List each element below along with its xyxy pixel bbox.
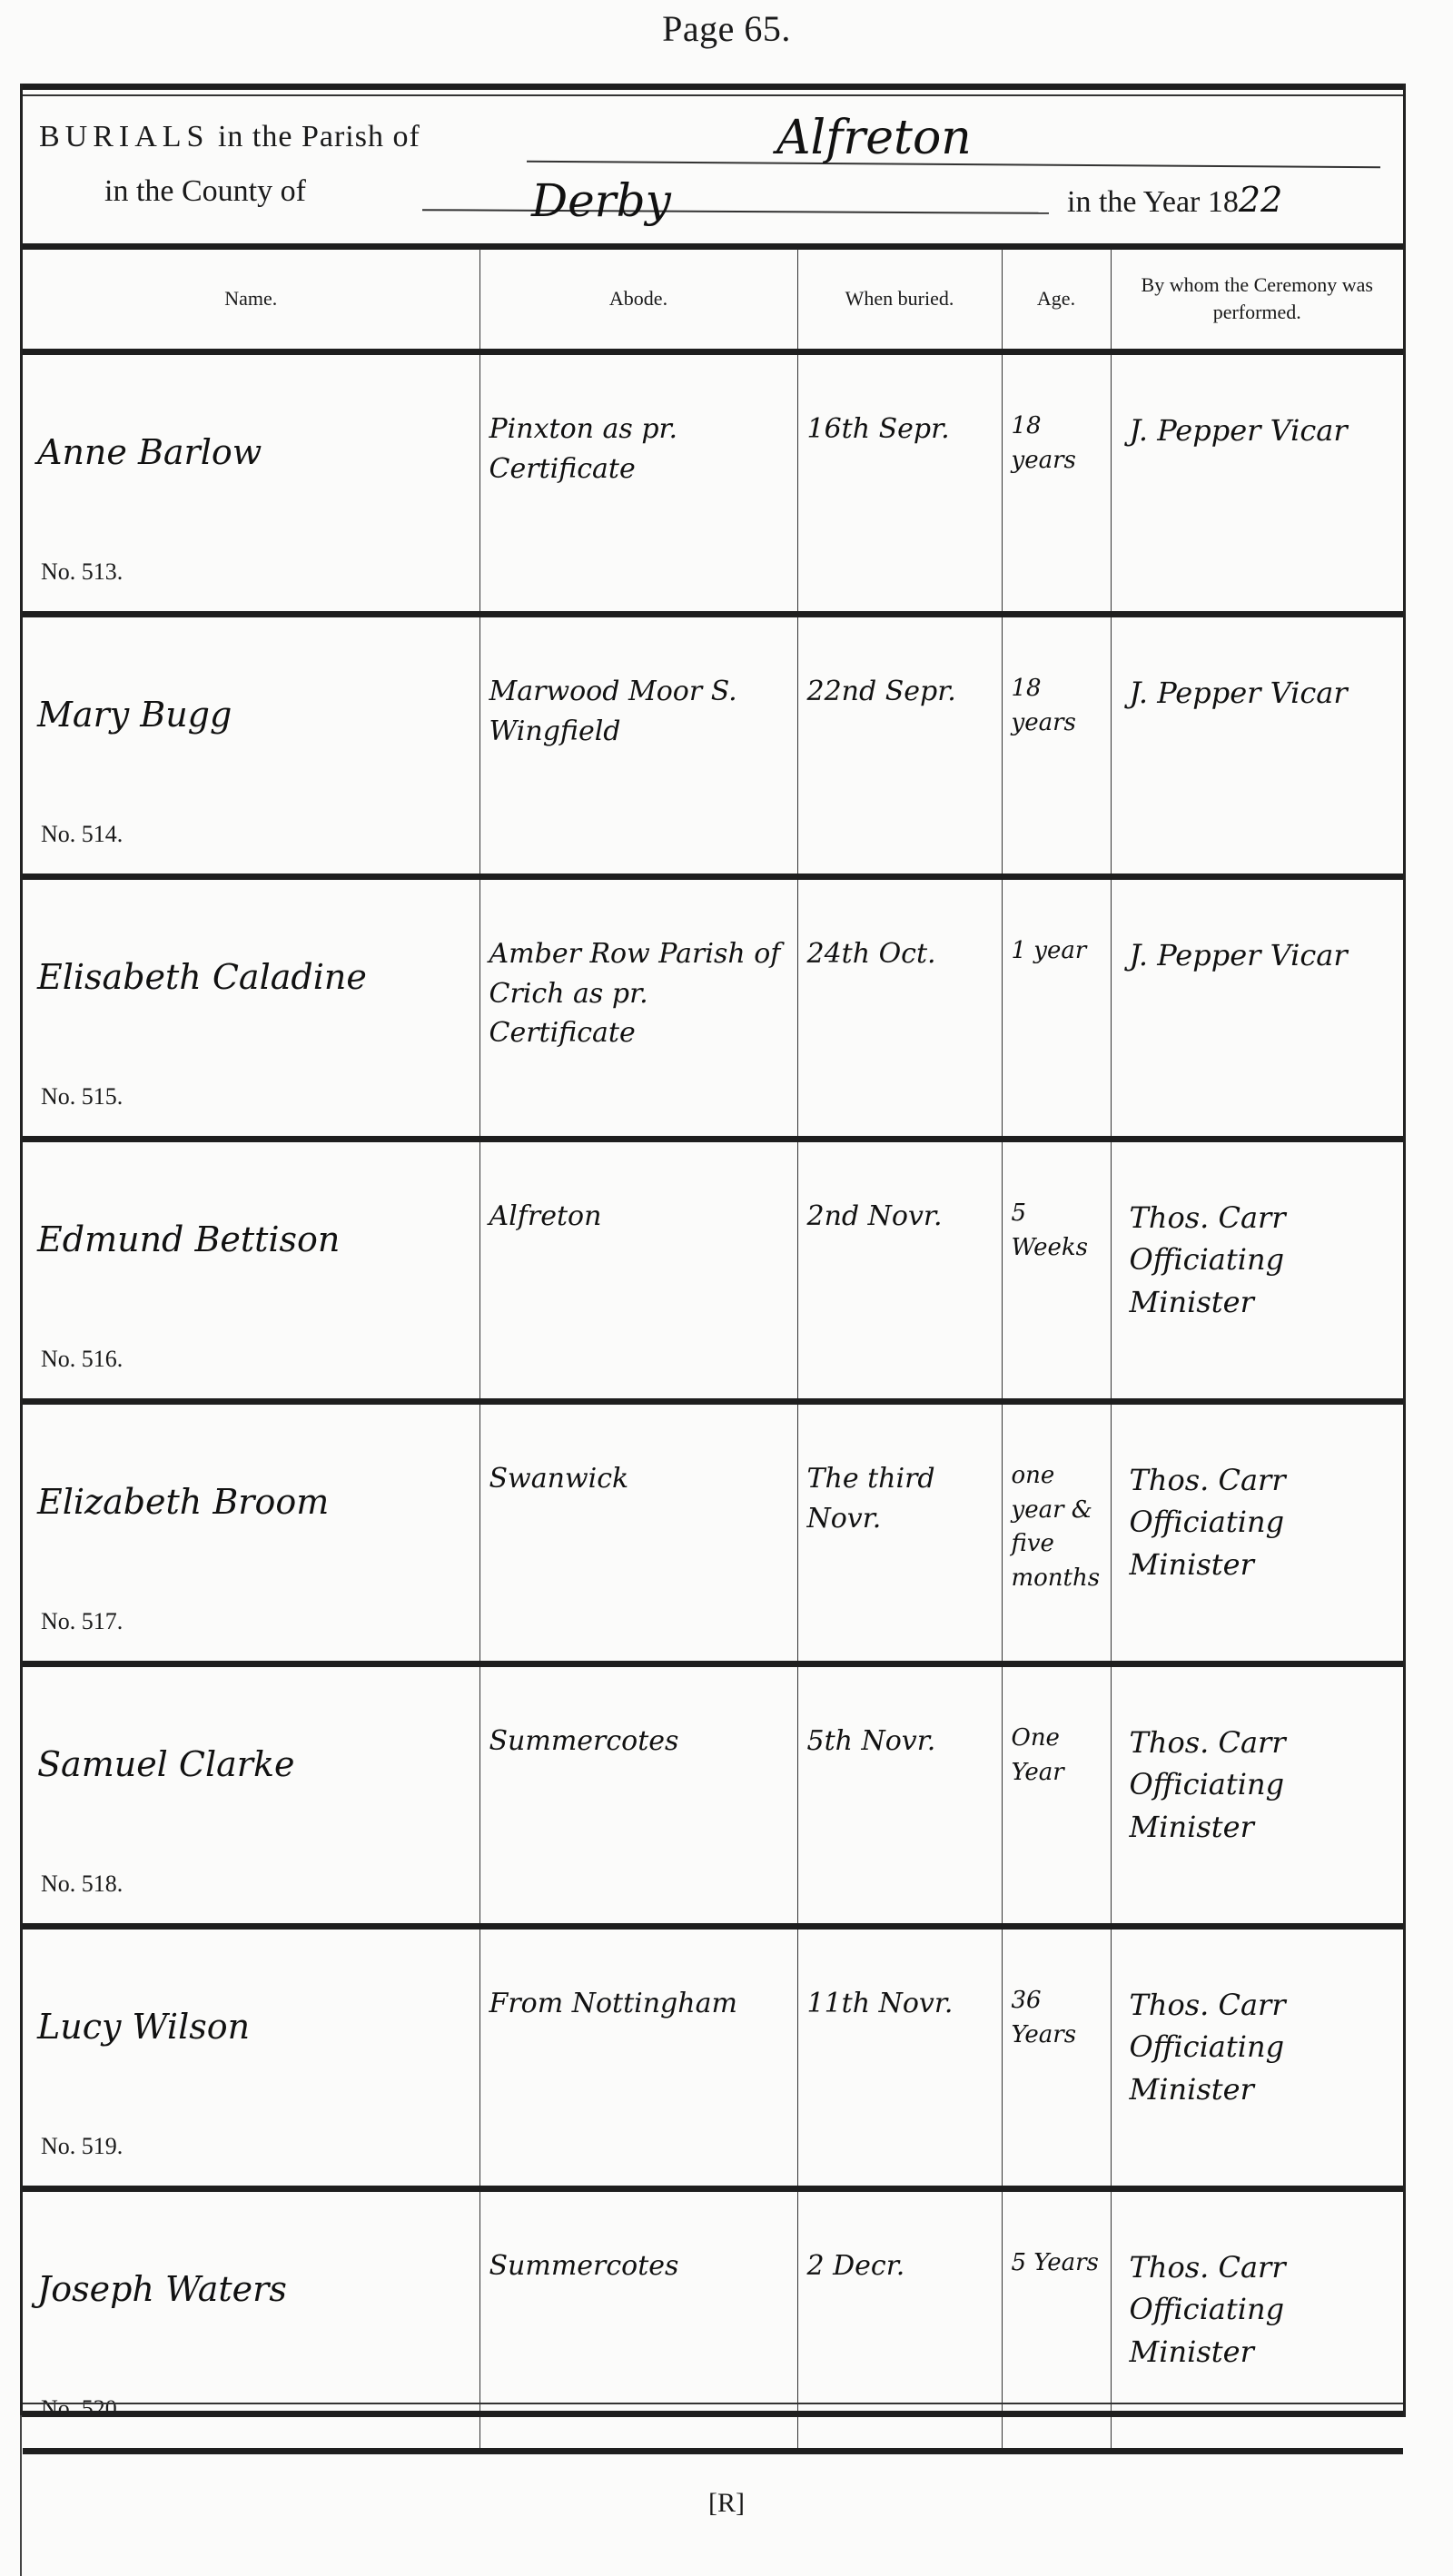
entry-abode: Summercotes	[489, 2246, 790, 2286]
abode-cell: Alfreton	[479, 1140, 797, 1402]
age-cell: 36 Years	[1002, 1927, 1111, 2189]
page-number: Page 65.	[0, 7, 1453, 50]
entry-name: Joseph Waters	[37, 2269, 287, 2309]
title-parish-label: in the Parish of	[218, 120, 420, 153]
entry-when-buried: 24th Oct.	[807, 934, 994, 974]
entry-number: No. 517.	[41, 1608, 123, 1635]
entry-by-whom: Thos. Carr Officiating Minister	[1130, 1197, 1397, 1323]
abode-cell: Pinxton as pr. Certificate	[479, 352, 797, 615]
entry-number: No. 520.	[41, 2395, 123, 2423]
abode-cell: Marwood Moor S. Wingfield	[479, 615, 797, 877]
column-header-by-whom: By whom the Ceremony was performed.	[1111, 249, 1403, 352]
entry-name: Samuel Clarke	[37, 1744, 294, 1784]
burial-register-sheet: BURIALS in the Parish of Alfreton in the…	[20, 84, 1406, 2417]
by-whom-cell: J. Pepper Vicar	[1111, 877, 1403, 1140]
bottom-border-rule	[23, 2411, 1403, 2417]
entry-when-buried: The third Novr.	[807, 1459, 994, 1538]
name-cell: Anne BarlowNo. 513.	[23, 352, 479, 615]
column-header-when-buried: When buried.	[797, 249, 1002, 352]
register-title-block: BURIALS in the Parish of Alfreton in the…	[23, 84, 1403, 247]
column-header-name: Name.	[23, 249, 479, 352]
entry-age: 1 year	[1012, 934, 1103, 969]
table-row: Elisabeth CaladineNo. 515. Amber Row Par…	[23, 877, 1403, 1140]
name-cell: Samuel ClarkeNo. 518.	[23, 1664, 479, 1927]
entry-number: No. 519.	[41, 2133, 123, 2160]
age-cell: 18 years	[1002, 352, 1111, 615]
entry-abode: Summercotes	[489, 1722, 790, 1762]
entry-name: Edmund Bettison	[37, 1219, 340, 1259]
when-buried-cell: 11th Novr.	[797, 1927, 1002, 2189]
when-buried-cell: The third Novr.	[797, 1402, 1002, 1664]
entry-number: No. 516.	[41, 1346, 123, 1373]
name-cell: Elisabeth CaladineNo. 515.	[23, 877, 479, 1140]
by-whom-cell: Thos. Carr Officiating Minister	[1111, 1140, 1403, 1402]
abode-cell: Summercotes	[479, 1664, 797, 1927]
entry-name: Elisabeth Caladine	[37, 957, 367, 997]
year-suffix: 22	[1239, 180, 1282, 220]
when-buried-cell: 22nd Sepr.	[797, 615, 1002, 877]
age-cell: 18 years	[1002, 615, 1111, 877]
column-header-abode: Abode.	[479, 249, 797, 352]
entry-number: No. 513.	[41, 558, 123, 586]
entry-by-whom: Thos. Carr Officiating Minister	[1130, 1459, 1397, 1585]
entry-age: 5 Years	[1012, 2246, 1103, 2281]
title-burials: BURIALS	[39, 120, 209, 153]
table-row: Samuel ClarkeNo. 518. Summercotes 5th No…	[23, 1664, 1403, 1927]
entry-by-whom: Thos. Carr Officiating Minister	[1130, 1722, 1397, 1848]
entry-number: No. 514.	[41, 821, 123, 848]
parish-value: Alfreton	[776, 111, 972, 165]
by-whom-cell: J. Pepper Vicar	[1111, 615, 1403, 877]
when-buried-cell: 24th Oct.	[797, 877, 1002, 1140]
entry-name: Anne Barlow	[37, 432, 262, 472]
entry-age: 5 Weeks	[1012, 1197, 1103, 1265]
year-label: in the Year 1822	[1067, 180, 1282, 220]
age-cell: one year & five months	[1002, 1402, 1111, 1664]
by-whom-cell: Thos. Carr Officiating Minister	[1111, 1402, 1403, 1664]
table-row: Lucy WilsonNo. 519. From Nottingham 11th…	[23, 1927, 1403, 2189]
age-cell: 1 year	[1002, 877, 1111, 1140]
entry-abode: Alfreton	[489, 1197, 790, 1237]
age-cell: One Year	[1002, 1664, 1111, 1927]
table-row: Anne BarlowNo. 513. Pinxton as pr. Certi…	[23, 352, 1403, 615]
table-row: Edmund BettisonNo. 516. Alfreton 2nd Nov…	[23, 1140, 1403, 1402]
when-buried-cell: 2nd Novr.	[797, 1140, 1002, 1402]
entry-when-buried: 16th Sepr.	[807, 410, 994, 449]
name-cell: Lucy WilsonNo. 519.	[23, 1927, 479, 2189]
abode-cell: Amber Row Parish of Crich as pr. Certifi…	[479, 877, 797, 1140]
entry-by-whom: J. Pepper Vicar	[1130, 672, 1397, 714]
by-whom-cell: Thos. Carr Officiating Minister	[1111, 1927, 1403, 2189]
column-header-age: Age.	[1002, 249, 1111, 352]
entry-abode: Amber Row Parish of Crich as pr. Certifi…	[489, 934, 790, 1053]
signature-mark: [R]	[0, 2488, 1453, 2519]
entry-age: 36 Years	[1012, 1984, 1103, 2052]
entry-abode: Swanwick	[489, 1459, 790, 1499]
entry-name: Elizabeth Broom	[37, 1482, 329, 1522]
entry-by-whom: J. Pepper Vicar	[1130, 934, 1397, 976]
entry-when-buried: 2 Decr.	[807, 2246, 994, 2286]
table-row: Mary BuggNo. 514. Marwood Moor S. Wingfi…	[23, 615, 1403, 877]
by-whom-cell: Thos. Carr Officiating Minister	[1111, 1664, 1403, 1927]
county-value: Derby	[531, 174, 671, 227]
table-row: Elizabeth BroomNo. 517. Swanwick The thi…	[23, 1402, 1403, 1664]
name-cell: Edmund BettisonNo. 516.	[23, 1140, 479, 1402]
year-prefix: in the Year 18	[1067, 185, 1239, 219]
entry-abode: Marwood Moor S. Wingfield	[489, 672, 790, 751]
abode-cell: From Nottingham	[479, 1927, 797, 2189]
entry-number: No. 518.	[41, 1870, 123, 1898]
entry-by-whom: Thos. Carr Officiating Minister	[1130, 1984, 1397, 2110]
by-whom-cell: J. Pepper Vicar	[1111, 352, 1403, 615]
burial-register-table: Name. Abode. When buried. Age. By whom t…	[23, 249, 1403, 2454]
when-buried-cell: 5th Novr.	[797, 1664, 1002, 1927]
bottom-inner-rule	[23, 2403, 1403, 2404]
column-header-row: Name. Abode. When buried. Age. By whom t…	[23, 249, 1403, 352]
entry-when-buried: 5th Novr.	[807, 1722, 994, 1762]
entry-age: One Year	[1012, 1722, 1103, 1790]
entry-when-buried: 2nd Novr.	[807, 1197, 994, 1237]
county-label: in the County of	[104, 174, 306, 209]
age-cell: 5 Weeks	[1002, 1140, 1111, 1402]
entry-when-buried: 11th Novr.	[807, 1984, 994, 2024]
county-fill-line	[422, 209, 1049, 214]
entry-name: Mary Bugg	[37, 695, 232, 735]
entry-age: 18 years	[1012, 410, 1103, 478]
name-cell: Elizabeth BroomNo. 517.	[23, 1402, 479, 1664]
abode-cell: Swanwick	[479, 1402, 797, 1664]
entry-age: 18 years	[1012, 672, 1103, 740]
entry-number: No. 515.	[41, 1083, 123, 1110]
title-line-parish: BURIALS in the Parish of	[39, 120, 420, 154]
entry-age: one year & five months	[1012, 1459, 1103, 1596]
entry-name: Lucy Wilson	[37, 2007, 250, 2047]
entry-abode: From Nottingham	[489, 1984, 790, 2024]
entry-by-whom: Thos. Carr Officiating Minister	[1130, 2246, 1397, 2373]
entry-when-buried: 22nd Sepr.	[807, 672, 994, 712]
when-buried-cell: 16th Sepr.	[797, 352, 1002, 615]
name-cell: Mary BuggNo. 514.	[23, 615, 479, 877]
entry-abode: Pinxton as pr. Certificate	[489, 410, 790, 489]
entry-by-whom: J. Pepper Vicar	[1130, 410, 1397, 451]
